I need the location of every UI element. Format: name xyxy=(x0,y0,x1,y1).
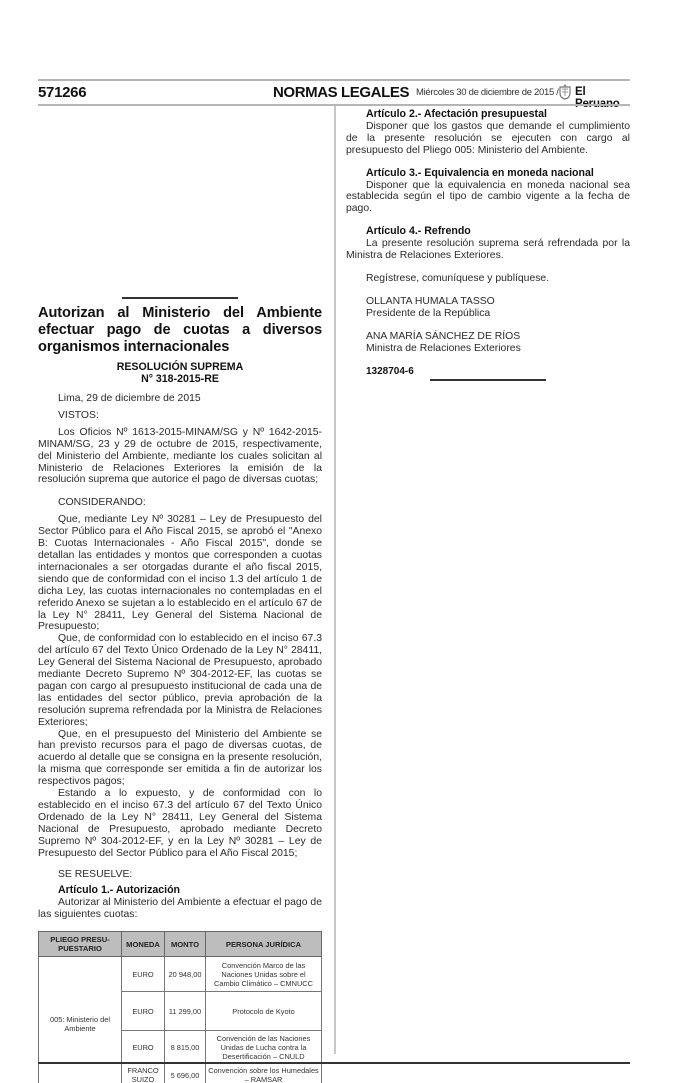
moneda-cell: EURO xyxy=(122,957,165,992)
considerando-paragraph: Que, mediante Ley Nº 30281 – Ley de Pres… xyxy=(38,514,322,633)
left-column: Autorizan al Ministerio del Ambiente efe… xyxy=(38,297,322,1083)
footer-rule xyxy=(38,1062,630,1064)
article-headline: Autorizan al Ministerio del Ambiente efe… xyxy=(38,305,322,356)
column-divider xyxy=(334,106,336,1054)
document-number: 1328704-6 xyxy=(346,366,630,378)
resolution-heading: RESOLUCIÓN SUPREMA N° 318-2015-RE xyxy=(38,362,322,385)
table-row: 005: Ministerio del Ambiente EURO 20 948… xyxy=(39,957,322,992)
signatory-role: Presidente de la República xyxy=(346,308,630,320)
signatory-role: Ministra de Relaciones Exteriores xyxy=(346,343,630,355)
headline-line: Autorizan al Ministerio del Ambiente xyxy=(38,305,322,322)
newspaper-brand: El Peruano xyxy=(575,86,630,110)
resolution-type: RESOLUCIÓN SUPREMA xyxy=(38,362,322,374)
persona-cell: Convención de las Naciones Unidas de Luc… xyxy=(206,1031,322,1064)
column-header: MONTO xyxy=(165,932,206,957)
article-4-title: Artículo 4.- Refrendo xyxy=(346,226,630,238)
considerando-label: CONSIDERANDO: xyxy=(38,497,322,509)
vistos-label: VISTOS: xyxy=(38,410,322,422)
table-header-row: PLIEGO PRESU-PUESTARIO MONEDA MONTO PERS… xyxy=(39,932,322,957)
pliego-cell: 005: Ministerio del Ambiente xyxy=(39,957,122,1064)
publication-date: Miércoles 30 de diciembre de 2015 / xyxy=(416,87,559,98)
column-header: PERSONA JURÍDICA xyxy=(206,932,322,957)
article-3-text: Disponer que la equivalencia en moneda n… xyxy=(346,180,630,216)
monto-cell: 11 299,00 xyxy=(165,992,206,1031)
article-1-title: Artículo 1.- Autorización xyxy=(38,885,322,897)
persona-cell: Convención Marco de las Naciones Unidas … xyxy=(206,957,322,992)
persona-cell: Convención sobre los Humedales – RAMSAR xyxy=(206,1064,322,1083)
moneda-cell: FRANCO SUIZO xyxy=(122,1064,165,1083)
section-title: NORMAS LEGALES xyxy=(273,84,409,101)
persona-cell: Protocolo de Kyoto xyxy=(206,992,322,1031)
monto-cell: 5 696,00 xyxy=(165,1064,206,1083)
monto-cell: 20 948,00 xyxy=(165,957,206,992)
se-resuelve-label: SE RESUELVE: xyxy=(38,869,322,881)
pliego-cell-empty xyxy=(39,1064,122,1083)
moneda-cell: EURO xyxy=(122,992,165,1031)
header-top-rule xyxy=(38,79,630,81)
article-2-title: Artículo 2.- Afectación presupuestal xyxy=(346,109,630,121)
article-4-text: La presente resolución suprema será refr… xyxy=(346,238,630,262)
cuotas-table: PLIEGO PRESU-PUESTARIO MONEDA MONTO PERS… xyxy=(38,931,322,1083)
monto-cell: 8 815,00 xyxy=(165,1031,206,1064)
vistos-text: Los Oficios Nº 1613-2015-MINAM/SG y Nº 1… xyxy=(38,427,322,487)
article-3-title: Artículo 3.- Equivalencia en moneda naci… xyxy=(346,168,630,180)
considerando-paragraph: Estando a lo expuesto, y de conformidad … xyxy=(38,788,322,859)
headline-line: efectuar pago de cuotas a diversos xyxy=(38,322,322,339)
page-number: 571266 xyxy=(38,84,86,101)
place-date: Lima, 29 de diciembre de 2015 xyxy=(38,393,322,405)
considerando-paragraph: Que, de conformidad con lo establecido e… xyxy=(38,633,322,728)
considerando-paragraph: Que, en el presupuesto del Ministerio de… xyxy=(38,729,322,789)
table-row: FRANCO SUIZO 5 696,00 Convención sobre l… xyxy=(39,1064,322,1083)
column-header: PLIEGO PRESU-PUESTARIO xyxy=(39,932,122,957)
article-1-text: Autorizar al Ministerio del Ambiente a e… xyxy=(38,897,322,921)
signatory-name: ANA MARÍA SÁNCHEZ DE RÍOS xyxy=(346,331,630,343)
closing-formula: Regístrese, comuníquese y publíquese. xyxy=(346,273,630,285)
separator-rule xyxy=(430,379,546,381)
resolution-number: N° 318-2015-RE xyxy=(38,374,322,386)
right-column: Artículo 2.- Afectación presupuestal Dis… xyxy=(346,109,630,381)
article-2-text: Disponer que los gastos que demande el c… xyxy=(346,121,630,157)
moneda-cell: EURO xyxy=(122,1031,165,1064)
headline-line: organismos internacionales xyxy=(38,339,322,356)
signatory-name: OLLANTA HUMALA TASSO xyxy=(346,296,630,308)
page-header: 571266 NORMAS LEGALES Miércoles 30 de di… xyxy=(38,84,630,102)
separator-rule xyxy=(122,297,238,299)
column-header: MONEDA xyxy=(122,932,165,957)
coat-of-arms-icon xyxy=(558,84,572,100)
